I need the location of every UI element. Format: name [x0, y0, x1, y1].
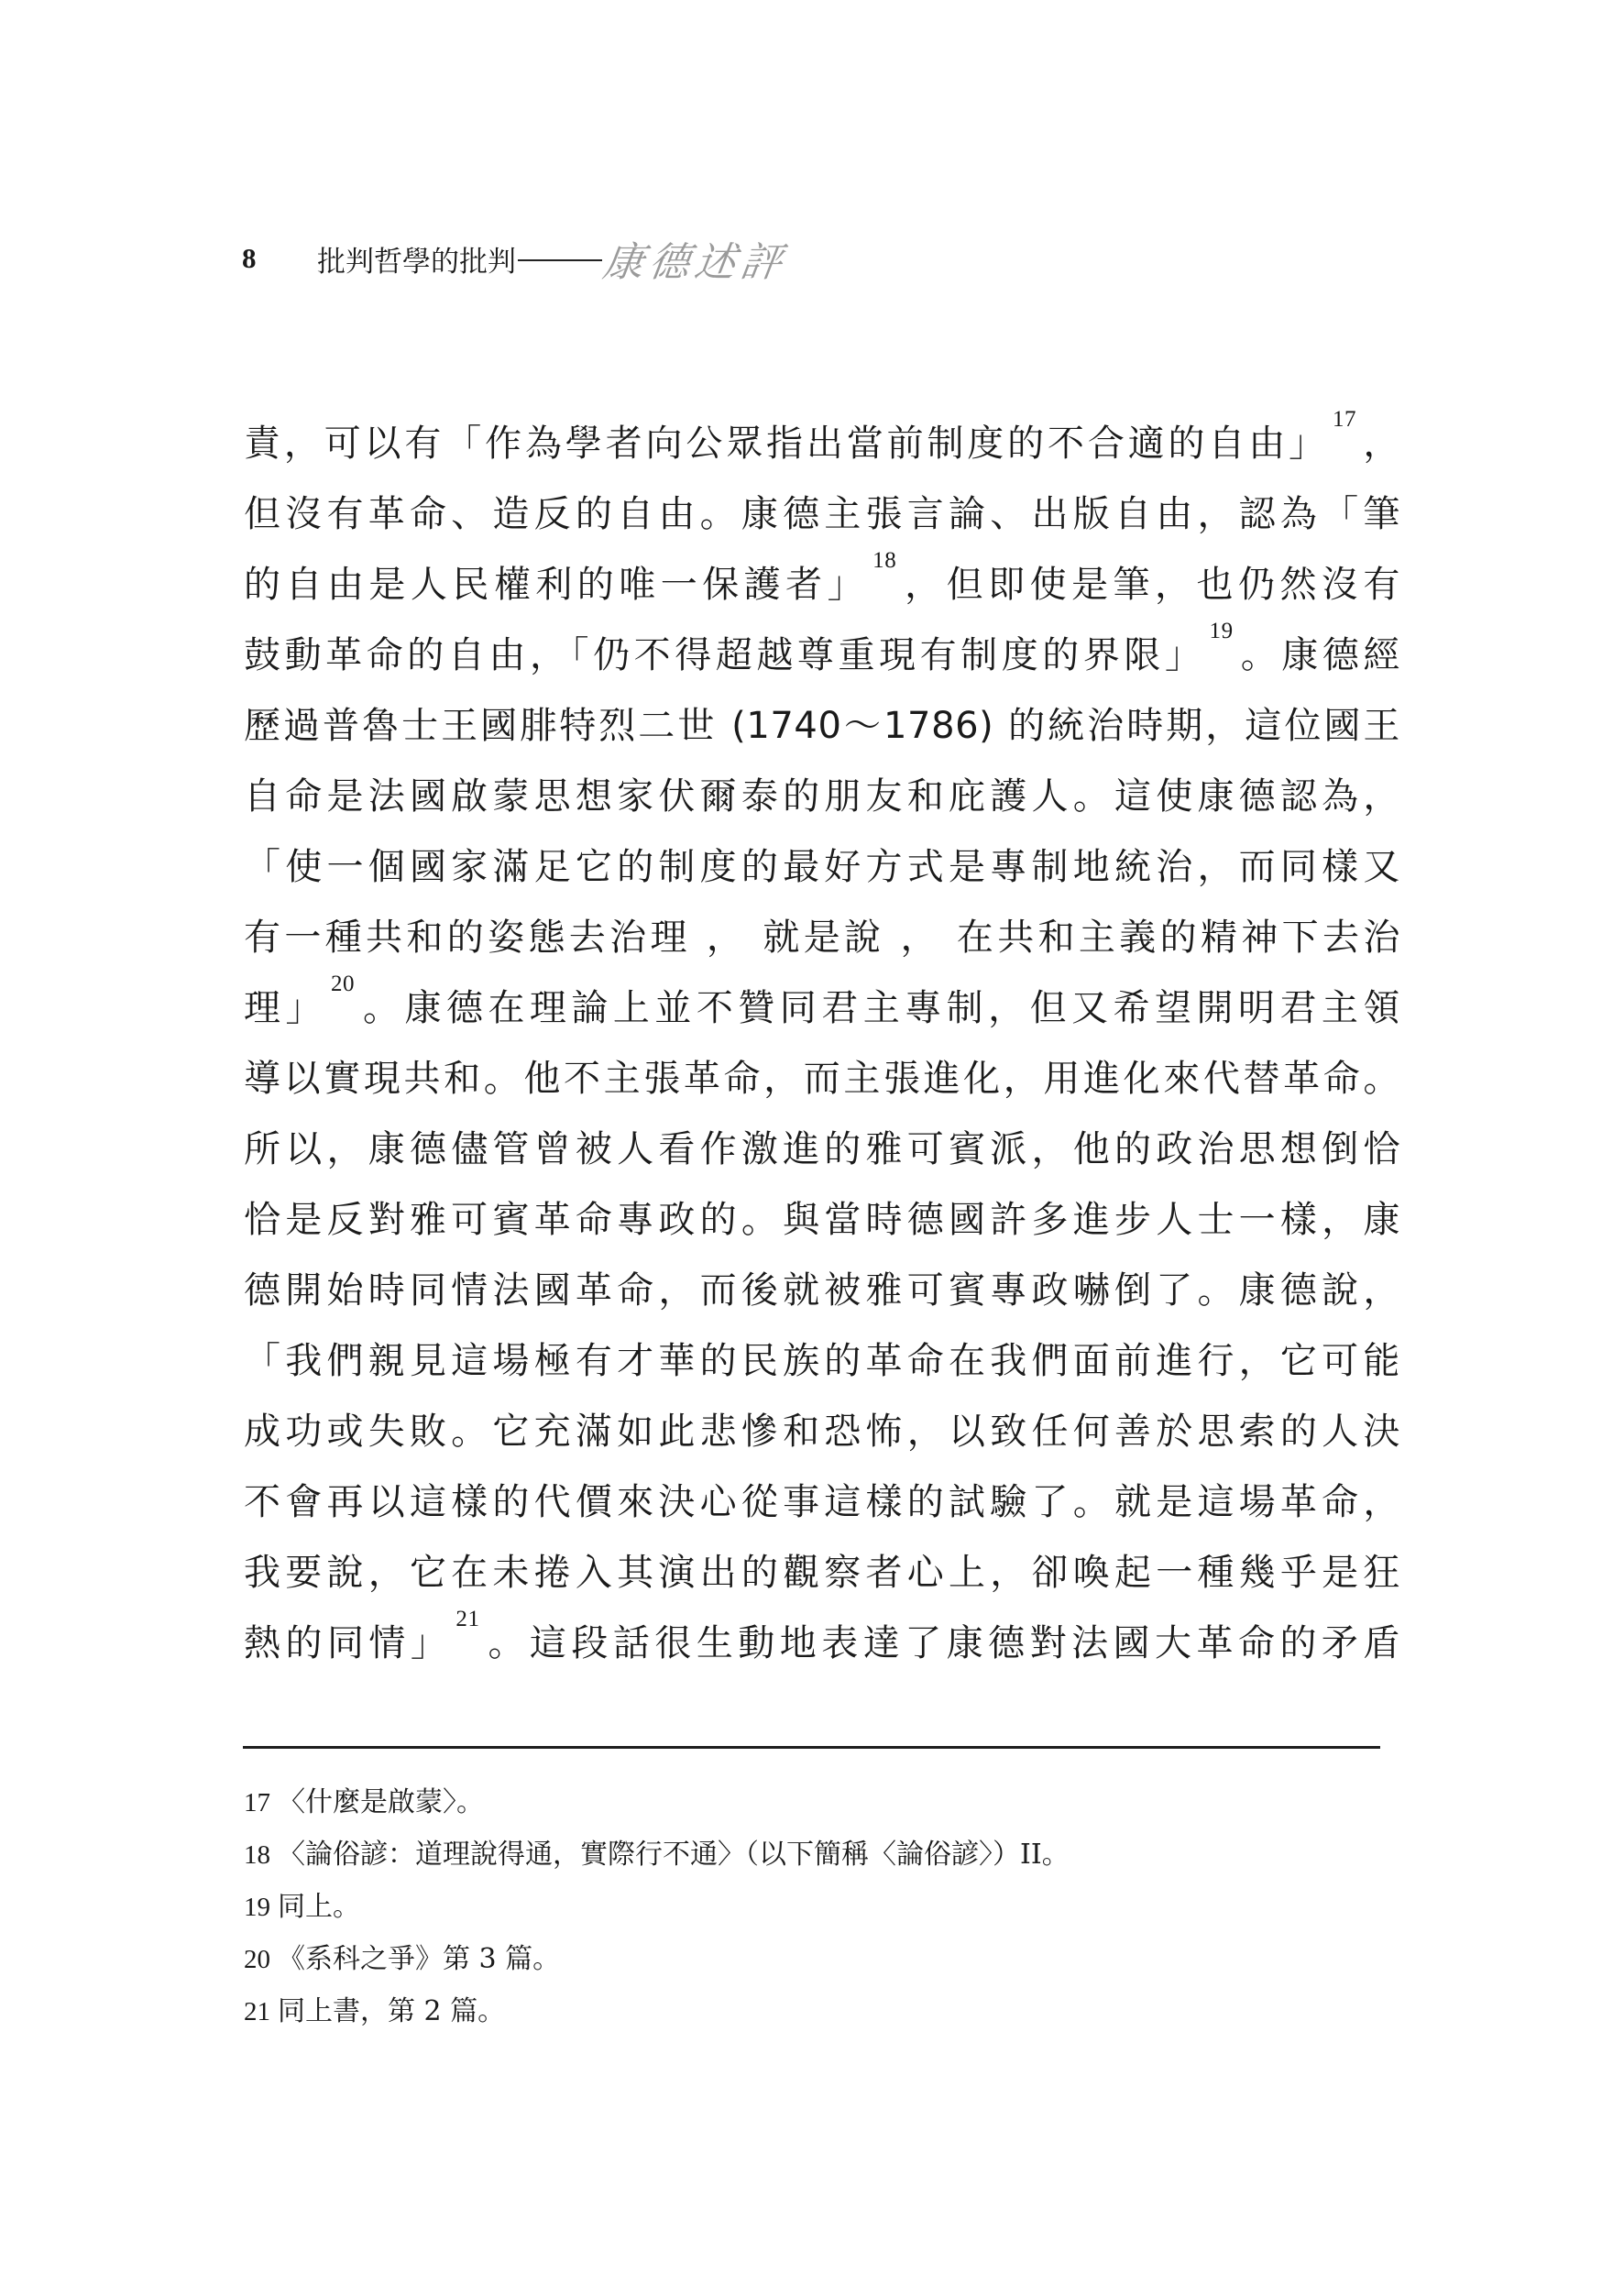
body-line: 不會再以這樣的代價來決心從事這樣的試驗了。就是這場革命， [244, 1467, 1400, 1538]
footnote-text: 同上書，第 2 篇。 [278, 1995, 505, 2027]
body-line: 我要說，它在未捲入其演出的觀察者心上，卻喚起一種幾乎是狂 [244, 1538, 1400, 1609]
footnote-text: 《系科之爭》第 3 篇。 [278, 1943, 560, 1975]
body-text: 責，可以有「作為學者向公眾指出當前制度的不合適的自由」17， 但沒有革命、造反的… [244, 409, 1400, 1679]
footnote-ref[interactable]: 19 [1210, 619, 1234, 643]
footnote-number: 20 [244, 1945, 270, 1974]
footnote-number: 18 [244, 1840, 270, 1870]
body-line: 「使一個國家滿足它的制度的最好方式是專制地統治，而同樣又 [244, 832, 1400, 903]
body-line: 熱的同情」21。這段話很生動地表達了康德對法國大革命的矛盾 [244, 1609, 1400, 1679]
body-line: 「我們親見這場極有才華的民族的革命在我們面前進行，它可能 [244, 1326, 1400, 1397]
footnote-item: 21同上書，第 2 篇。 [244, 1985, 1400, 2037]
footnote-ref[interactable]: 17 [1333, 407, 1356, 432]
footnote-divider [243, 1746, 1380, 1749]
body-line: 有一種共和的姿態去治理 ， 就是說 ， 在共和主義的精神下去治 [244, 903, 1400, 973]
footnotes: 17〈什麼是啟蒙〉。 18〈論俗諺：道理說得通，實際行不通〉（以下簡稱〈論俗諺〉… [244, 1776, 1400, 2037]
footnote-number: 21 [244, 1997, 270, 2026]
book-title: 批判哲學的批判 [317, 238, 516, 280]
body-line: 自命是法國啟蒙思想家伏爾泰的朋友和庇護人。這使康德認為， [244, 762, 1400, 832]
book-subtitle: 康德述評 [600, 229, 792, 288]
body-line: 導以實現共和。他不主張革命，而主張進化，用進化來代替革命。 [244, 1044, 1400, 1115]
footnote-text: 同上。 [278, 1891, 360, 1923]
body-line: 成功或失敗。它充滿如此悲慘和恐怖，以致任何善於思索的人決 [244, 1397, 1400, 1467]
body-line: 歷過普魯士王國腓特烈二世 (1740～1786) 的統治時期，這位國王 [244, 691, 1400, 762]
footnote-item: 17〈什麼是啟蒙〉。 [244, 1776, 1400, 1828]
footnote-item: 20《系科之爭》第 3 篇。 [244, 1933, 1400, 1985]
body-line: 德開始時同情法國革命，而後就被雅可賓專政嚇倒了。康德說， [244, 1256, 1400, 1326]
body-line: 所以，康德儘管曾被人看作激進的雅可賓派，他的政治思想倒恰 [244, 1115, 1400, 1185]
footnote-ref[interactable]: 21 [455, 1607, 479, 1631]
page-number: 8 [242, 242, 317, 275]
body-line: 但沒有革命、造反的自由。康德主張言論、出版自由，認為「筆 [244, 479, 1400, 550]
footnote-text: 〈論俗諺：道理說得通，實際行不通〉（以下簡稱〈論俗諺〉）II。 [278, 1839, 1070, 1871]
footnote-item: 18〈論俗諺：道理說得通，實際行不通〉（以下簡稱〈論俗諺〉）II。 [244, 1828, 1400, 1881]
running-head: 8 批判哲學的批判 康德述評 [242, 231, 787, 286]
footnote-number: 19 [244, 1893, 270, 1922]
title-dash [518, 259, 602, 261]
footnote-ref[interactable]: 20 [331, 972, 355, 996]
body-line: 的自由是人民權利的唯一保護者」18，但即使是筆，也仍然沒有 [244, 550, 1400, 620]
footnote-item: 19同上。 [244, 1881, 1400, 1933]
body-line: 理」20。康德在理論上並不贊同君主專制，但又希望開明君主領 [244, 973, 1400, 1044]
body-line: 鼓動革命的自由，「仍不得超越尊重現有制度的界限」19。康德經 [244, 620, 1400, 691]
body-line: 恰是反對雅可賓革命專政的。與當時德國許多進步人士一樣，康 [244, 1185, 1400, 1256]
footnote-number: 17 [244, 1788, 270, 1817]
body-line: 責，可以有「作為學者向公眾指出當前制度的不合適的自由」17， [244, 409, 1400, 479]
footnote-text: 〈什麼是啟蒙〉。 [278, 1786, 484, 1818]
footnote-ref[interactable]: 18 [872, 548, 896, 573]
